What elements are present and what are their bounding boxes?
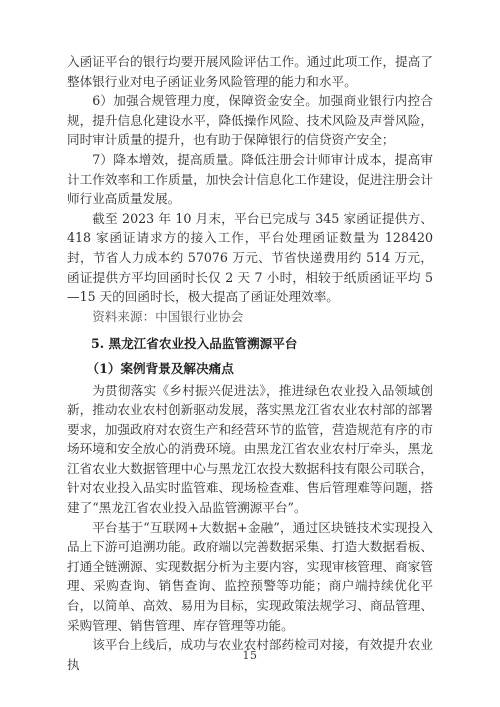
- paragraph: 7）降本增效，提高质量。降低注册会计师审计成本，提高审计工作效率和工作质量，加快…: [67, 150, 433, 209]
- paragraph: 6）加强合规管理力度，保障资金安全。加强商业银行内控合规，提升信息化建设水平，降…: [67, 91, 433, 150]
- section-heading: 5. 黑龙江省农业投入品监管溯源平台: [67, 334, 433, 354]
- text-column: 入函证平台的银行均要开展风险评估工作。通过此项工作，提高了整体银行业对电子函证业…: [67, 52, 433, 674]
- paragraph: 平台基于“互联网+大数据+金融”，通过区块链技术实现投入品上下游可追溯功能。政府…: [67, 518, 433, 636]
- paragraph: 截至 2023 年 10 月末，平台已完成与 345 家函证提供方、418 家函…: [67, 209, 433, 307]
- subsection-heading: （1）案例背景及解决痛点: [67, 359, 433, 379]
- source-note: 资料来源：中国银行业协会: [67, 307, 433, 327]
- page-number: 15: [0, 649, 500, 662]
- paragraph: 入函证平台的银行均要开展风险评估工作。通过此项工作，提高了整体银行业对电子函证业…: [67, 52, 433, 91]
- paragraph: 为贯彻落实《乡村振兴促进法》，推进绿色农业投入品领域创新，推动农业农村创新驱动发…: [67, 381, 433, 518]
- document-page: 入函证平台的银行均要开展风险评估工作。通过此项工作，提高了整体银行业对电子函证业…: [0, 0, 500, 707]
